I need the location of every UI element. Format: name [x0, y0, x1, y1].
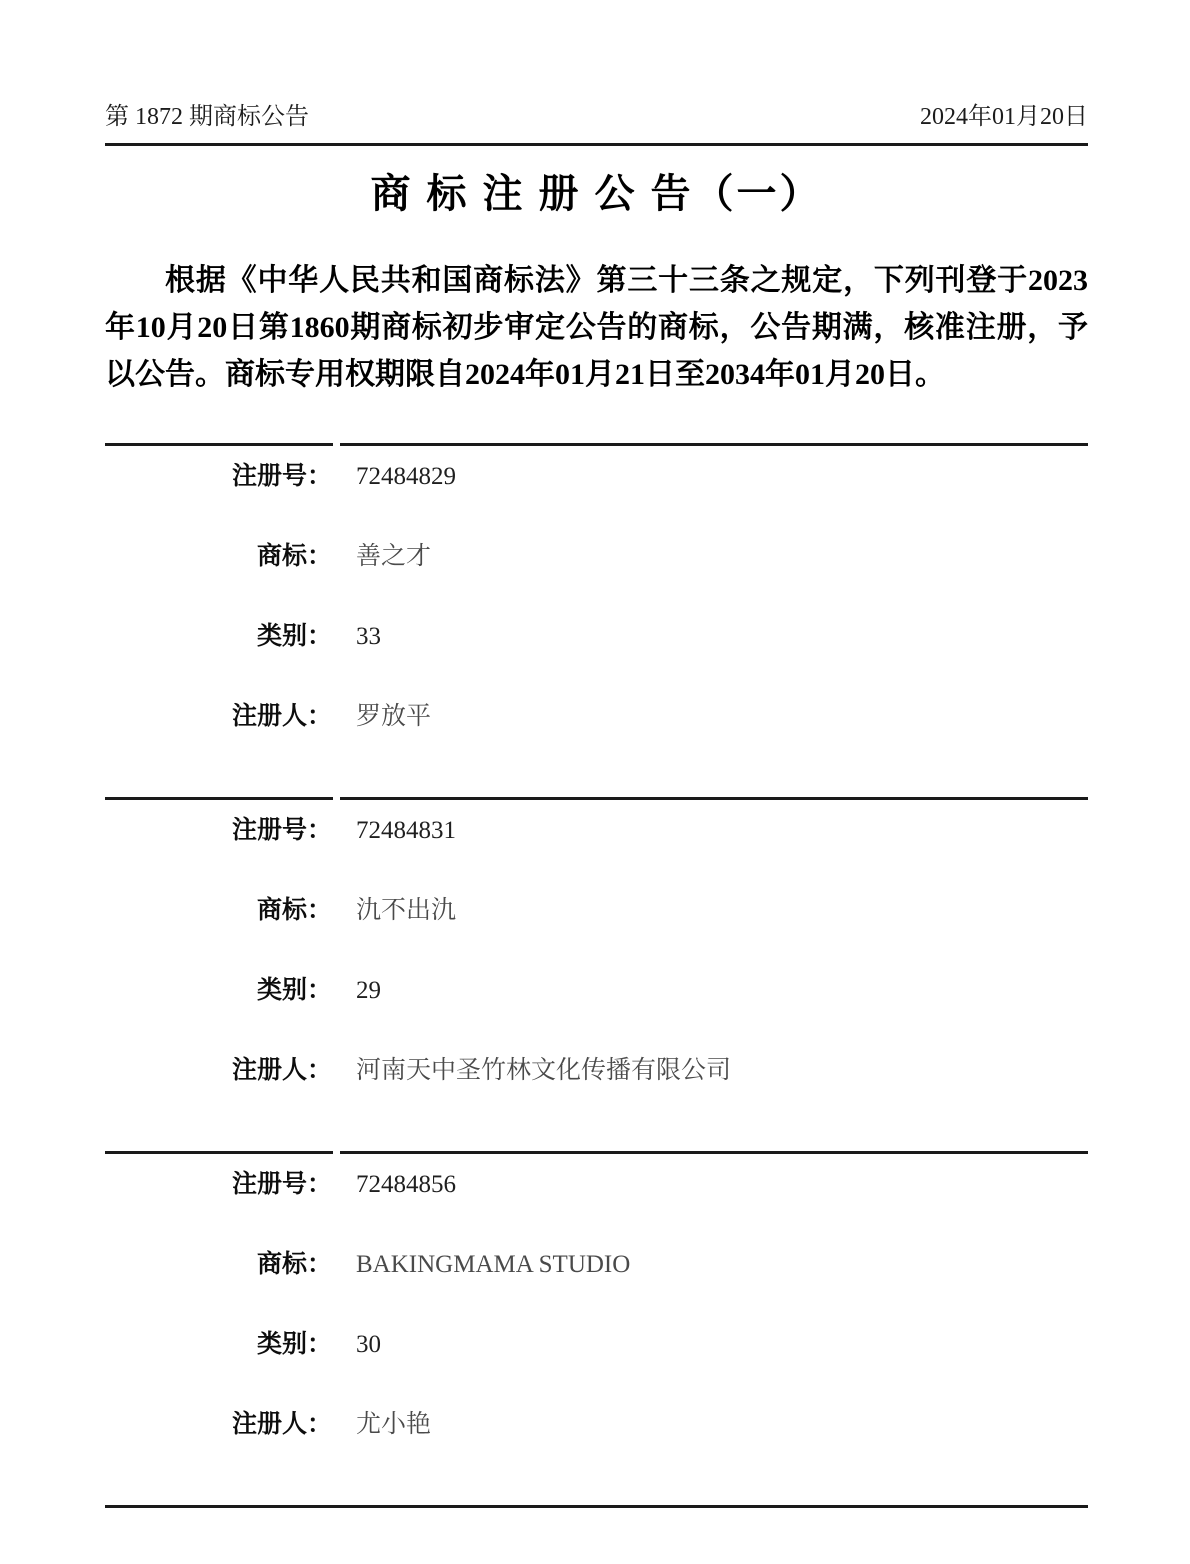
- registration-number-label: 注册号：: [105, 1168, 332, 1201]
- section-divider: [105, 797, 1088, 800]
- registration-number-value: 72484856: [356, 1168, 456, 1201]
- page-header: 第 1872 期商标公告 2024年01月20日: [105, 96, 1088, 146]
- publication-date: 2024年01月20日: [920, 96, 1088, 131]
- trademark-entry: 注册号： 72484856 商标： BAKINGMAMA STUDIO 类别： …: [105, 1154, 1088, 1441]
- trademark-entries: 注册号： 72484829 商标： 善之才 类别： 33 注册人： 罗放平 注册…: [105, 443, 1088, 1508]
- trademark-entry: 注册号： 72484831 商标： 氿不出氿 类别： 29 注册人： 河南天中圣…: [105, 800, 1088, 1087]
- registration-number-label: 注册号：: [105, 814, 332, 847]
- trademark-label: 商标：: [105, 894, 332, 927]
- registration-number-value: 72484829: [356, 460, 456, 493]
- issue-number: 第 1872 期商标公告: [105, 96, 309, 131]
- bottom-rule: [105, 1505, 1088, 1508]
- registrant-value: 罗放平: [356, 700, 431, 733]
- category-label: 类别：: [105, 620, 332, 653]
- registrant-label: 注册人：: [105, 700, 332, 733]
- gazette-page: 第 1872 期商标公告 2024年01月20日 商 标 注 册 公 告（一） …: [0, 0, 1190, 1564]
- registration-number-label: 注册号：: [105, 460, 332, 493]
- category-value: 33: [356, 620, 381, 653]
- field-row-trademark: 商标： 善之才: [105, 540, 1088, 573]
- field-row-registrant: 注册人： 河南天中圣竹林文化传播有限公司: [105, 1054, 1088, 1087]
- field-row-registration-number: 注册号： 72484829: [105, 460, 1088, 493]
- field-row-trademark: 商标： 氿不出氿: [105, 894, 1088, 927]
- trademark-entry: 注册号： 72484829 商标： 善之才 类别： 33 注册人： 罗放平: [105, 446, 1088, 733]
- category-value: 30: [356, 1328, 381, 1361]
- trademark-value: 善之才: [356, 540, 431, 573]
- section-divider: [105, 1151, 1088, 1154]
- intro-paragraph: 根据《中华人民共和国商标法》第三十三条之规定，下列刊登于2023年10月20日第…: [105, 257, 1088, 398]
- registrant-value: 河南天中圣竹林文化传播有限公司: [356, 1054, 731, 1087]
- field-row-category: 类别： 29: [105, 974, 1088, 1007]
- registrant-label: 注册人：: [105, 1408, 332, 1441]
- field-row-registrant: 注册人： 罗放平: [105, 700, 1088, 733]
- field-row-registrant: 注册人： 尤小艳: [105, 1408, 1088, 1441]
- field-row-category: 类别： 30: [105, 1328, 1088, 1361]
- trademark-value: 氿不出氿: [356, 894, 456, 927]
- field-row-category: 类别： 33: [105, 620, 1088, 653]
- field-row-trademark: 商标： BAKINGMAMA STUDIO: [105, 1248, 1088, 1281]
- field-row-registration-number: 注册号： 72484831: [105, 814, 1088, 847]
- registrant-label: 注册人：: [105, 1054, 332, 1087]
- trademark-value: BAKINGMAMA STUDIO: [356, 1248, 630, 1281]
- category-label: 类别：: [105, 1328, 332, 1361]
- category-label: 类别：: [105, 974, 332, 1007]
- trademark-label: 商标：: [105, 540, 332, 573]
- registrant-value: 尤小艳: [356, 1408, 431, 1441]
- trademark-label: 商标：: [105, 1248, 332, 1281]
- category-value: 29: [356, 974, 381, 1007]
- registration-number-value: 72484831: [356, 814, 456, 847]
- field-row-registration-number: 注册号： 72484856: [105, 1168, 1088, 1201]
- section-divider: [105, 443, 1088, 446]
- page-title: 商 标 注 册 公 告（一）: [105, 162, 1088, 219]
